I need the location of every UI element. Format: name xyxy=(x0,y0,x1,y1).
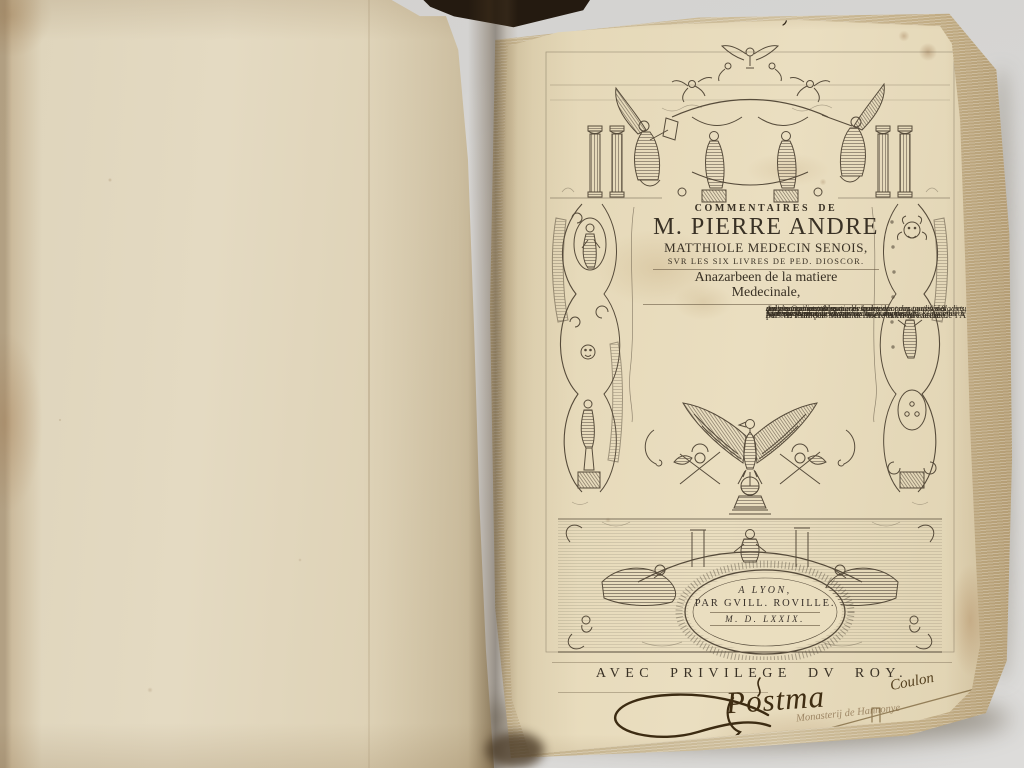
left-border-strapwork xyxy=(552,204,622,492)
left-page-foxing-spots xyxy=(0,0,512,768)
binding-bottom-shadow xyxy=(486,732,544,768)
paragraph-line: Commentaires. xyxy=(766,310,815,319)
title-author: MATTHIOLE MEDECIN SENOIS, xyxy=(638,240,894,256)
subtitle-line-2: Medecinale, xyxy=(638,285,894,300)
trophy-left xyxy=(674,444,720,484)
photograph-of-open-book: COMMENTAIRES DE M. PIERRE ANDRE MATTHIOL… xyxy=(0,0,1024,768)
flying-putto-left xyxy=(672,78,712,103)
title-subject: SVR LES SIX LIVRES DE PED. DIOSCOR. xyxy=(638,256,894,267)
trophy-right xyxy=(780,444,826,484)
imprint-place: A LYON, xyxy=(680,585,850,596)
title-main: M. PIERRE ANDRE xyxy=(638,214,894,240)
subtitle-line-1: Anazarbeen de la matiere xyxy=(638,270,894,285)
winged-trumpeter-right xyxy=(822,84,884,182)
title-page: COMMENTAIRES DE M. PIERRE ANDRE MATTHIOL… xyxy=(488,0,1000,768)
imprint-block: A LYON, PAR GVILL. ROVILLE. M. D. LXXIX. xyxy=(680,585,850,626)
winged-muse-left xyxy=(616,88,678,186)
imprint-publisher: PAR GVILL. ROVILLE. xyxy=(680,598,850,609)
woodcut-border xyxy=(542,22,958,660)
top-center-eagle-and-cherubs xyxy=(719,46,782,81)
series-line: COMMENTAIRES DE xyxy=(638,203,894,214)
central-canopy-figures xyxy=(672,100,828,203)
eagle-zone-scroll-right xyxy=(838,430,855,466)
top-band-columns-left xyxy=(588,126,624,197)
title-text-block: COMMENTAIRES DE M. PIERRE ANDRE MATTHIOL… xyxy=(638,203,894,310)
flying-putto-right xyxy=(790,78,830,103)
eagle-on-globe-emblem xyxy=(683,403,817,514)
top-band-columns-right xyxy=(876,126,912,197)
left-blank-page xyxy=(0,0,512,768)
imprint-date: M. D. LXXIX. xyxy=(710,612,820,626)
eagle-zone-scroll-left xyxy=(645,430,662,466)
